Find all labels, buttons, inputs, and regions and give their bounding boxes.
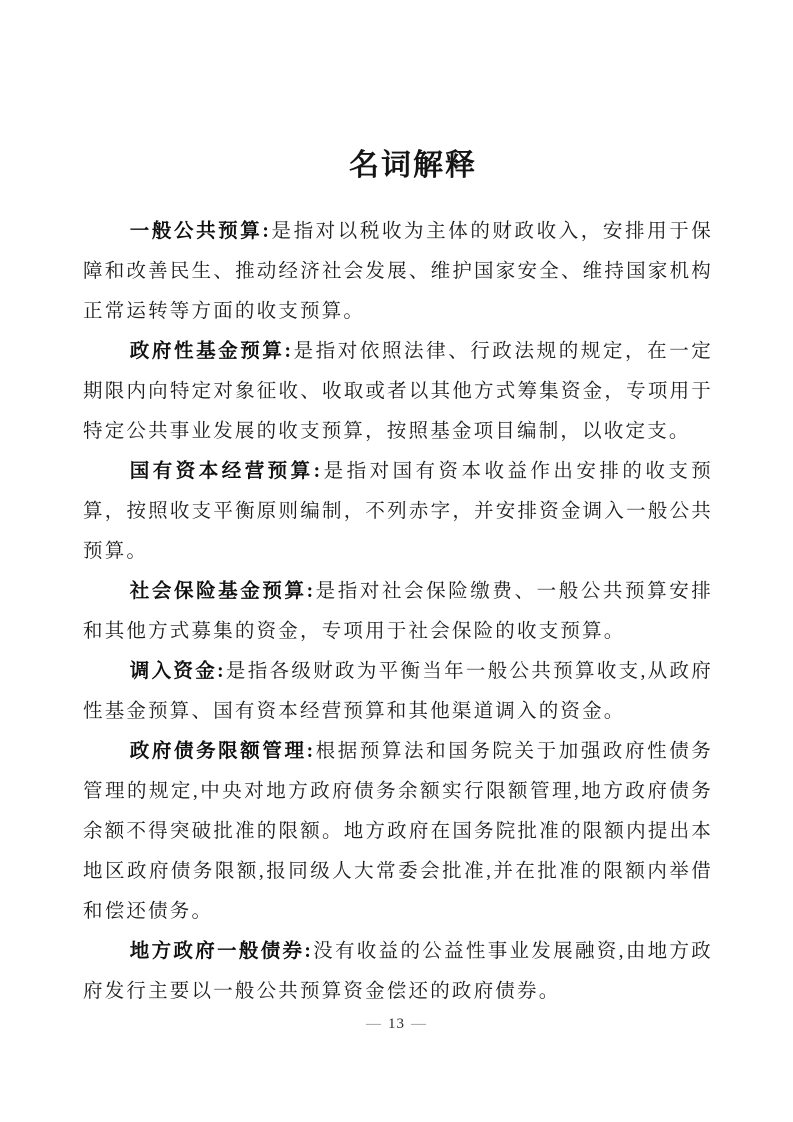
page-footer: —13— [0,1014,793,1034]
definition-paragraph: 国有资本经营预算:是指对国有资本收益作出安排的收支预算，按照收支平衡原则编制，不… [83,452,713,572]
term-definition: 根据预算法和国务院关于加强政府性债务管理的规定,中央对地方政府债务余额实行限额管… [83,741,713,922]
definition-paragraph: 调入资金:是指各级财政为平衡当年一般公共预算收支,从政府性基金预算、国有资本经营… [83,652,713,732]
definition-paragraph: 一般公共预算:是指对以税收为主体的财政收入，安排用于保障和改善民生、推动经济社会… [83,212,713,332]
definition-paragraph: 地方政府一般债券:没有收益的公益性事业发展融资,由地方政府发行主要以一般公共预算… [83,932,713,1012]
document-page: 名词解释 一般公共预算:是指对以税收为主体的财政收入，安排用于保障和改善民生、推… [0,0,793,1122]
definitions-section: 一般公共预算:是指对以税收为主体的财政收入，安排用于保障和改善民生、推动经济社会… [83,212,713,1012]
term-label: 地方政府一般债券: [130,941,313,962]
definition-paragraph: 政府债务限额管理:根据预算法和国务院关于加强政府性债务管理的规定,中央对地方政府… [83,732,713,932]
term-label: 政府性基金预算: [130,341,293,362]
page-title: 名词解释 [83,140,743,184]
definition-paragraph: 政府性基金预算:是指对依照法律、行政法规的规定，在一定期限内向特定对象征收、收取… [83,332,713,452]
footer-left-dash: — [360,1016,388,1032]
term-label: 社会保险基金预算: [130,581,315,602]
page-number: 13 [388,1016,405,1032]
term-label: 一般公共预算: [130,221,271,242]
footer-right-dash: — [405,1016,433,1032]
definition-paragraph: 社会保险基金预算:是指对社会保险缴费、一般公共预算安排和其他方式募集的资金，专项… [83,572,713,652]
term-label: 国有资本经营预算: [130,461,323,482]
term-label: 政府债务限额管理: [130,741,315,762]
term-label: 调入资金: [130,661,226,682]
